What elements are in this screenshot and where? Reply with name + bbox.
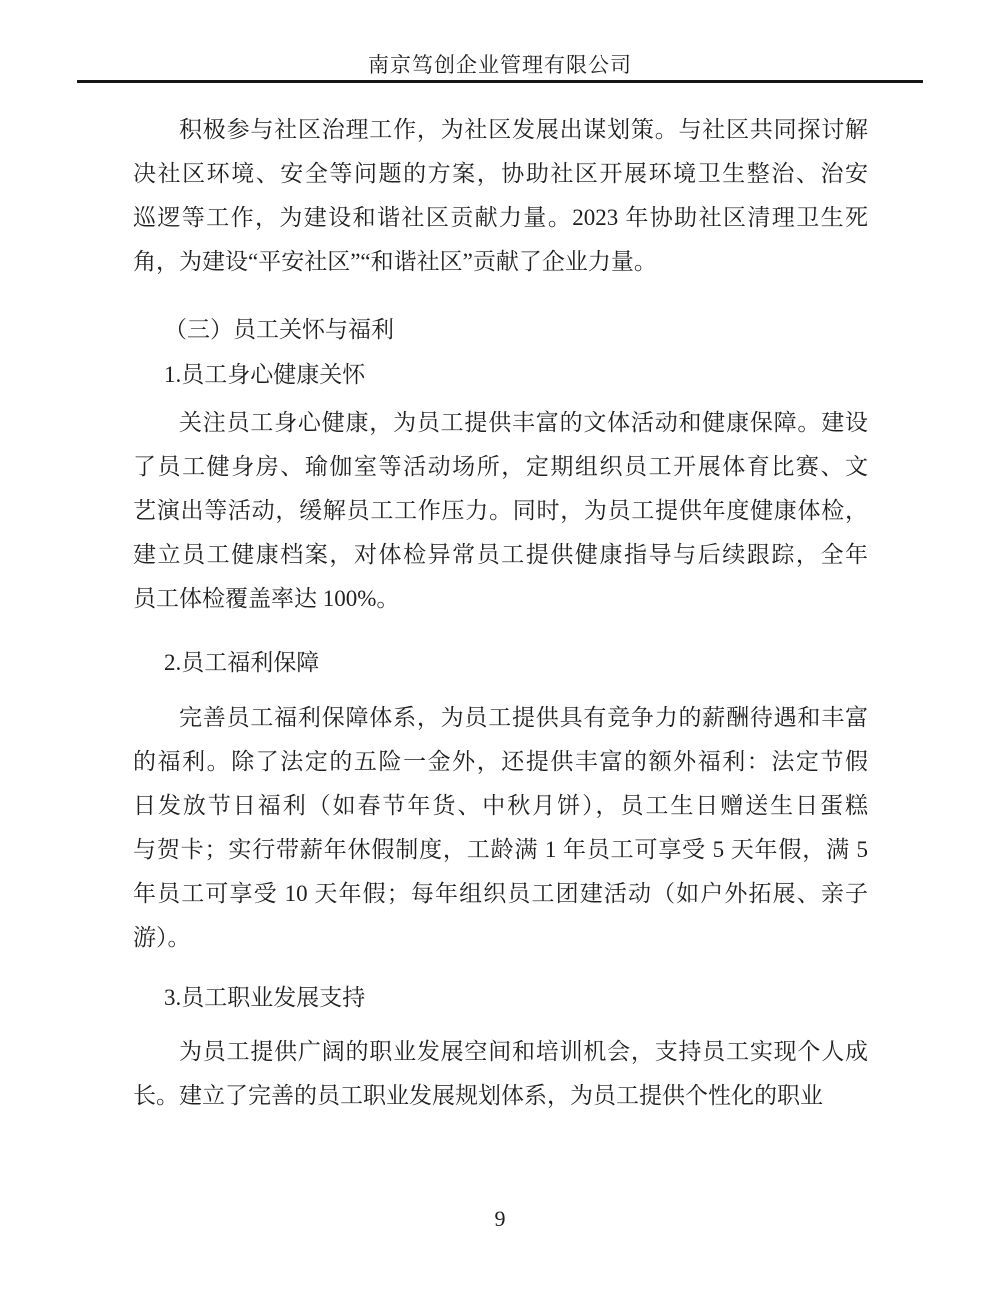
text-line: 了员工健身房、瑜伽室等活动场所，定期组织员工开展体育比赛、文 bbox=[133, 445, 868, 489]
text-line: 决社区环境、安全等问题的方案，协助社区开展环境卫生整治、治安 bbox=[133, 152, 868, 196]
text-line: 的福利。除了法定的五险一金外，还提供丰富的额外福利：法定节假 bbox=[133, 740, 868, 784]
text-line: 巡逻等工作，为建设和谐社区贡献力量。2023 年协助社区清理卫生死 bbox=[133, 196, 868, 240]
text-line: 游）。 bbox=[133, 916, 868, 960]
text-line: 完善员工福利保障体系，为员工提供具有竞争力的薪酬待遇和丰富 bbox=[133, 696, 868, 740]
paragraph-career-development: 为员工提供广阔的职业发展空间和培训机会，支持员工实现个人成 长。建立了完善的员工… bbox=[133, 1030, 868, 1118]
page-number: 9 bbox=[0, 1204, 1000, 1234]
document-page: 南京笃创企业管理有限公司 积极参与社区治理工作，为社区发展出谋划策。与社区共同探… bbox=[0, 0, 1000, 1294]
text-line: 日发放节日福利（如春节年货、中秋月饼），员工生日赠送生日蛋糕 bbox=[133, 784, 868, 828]
text-line: 长。建立了完善的员工职业发展规划体系，为员工提供个性化的职业 bbox=[133, 1074, 868, 1118]
subheading-employee-welfare: 2.员工福利保障 bbox=[133, 641, 868, 685]
text-line: 角，为建设“平安社区”“和谐社区”贡献了企业力量。 bbox=[133, 240, 868, 284]
header-divider-line bbox=[77, 80, 923, 83]
text-line: 积极参与社区治理工作，为社区发展出谋划策。与社区共同探讨解 bbox=[133, 108, 868, 152]
subheading-employee-health: 1.员工身心健康关怀 bbox=[133, 353, 868, 397]
text-line: 建立员工健康档案，对体检异常员工提供健康指导与后续跟踪，全年 bbox=[133, 533, 868, 577]
text-line: 年员工可享受 10 天年假；每年组织员工团建活动（如户外拓展、亲子 bbox=[133, 872, 868, 916]
text-line: 与贺卡；实行带薪年休假制度，工龄满 1 年员工可享受 5 天年假，满 5 bbox=[133, 828, 868, 872]
text-line: 艺演出等活动，缓解员工工作压力。同时，为员工提供年度健康体检， bbox=[133, 489, 868, 533]
text-line: 员工体检覆盖率达 100%。 bbox=[133, 577, 868, 621]
paragraph-employee-health: 关注员工身心健康，为员工提供丰富的文体活动和健康保障。建设 了员工健身房、瑜伽室… bbox=[133, 401, 868, 621]
header-company-name: 南京笃创企业管理有限公司 bbox=[0, 50, 1000, 80]
subheading-career-development: 3.员工职业发展支持 bbox=[133, 976, 868, 1020]
paragraph-community-engagement: 积极参与社区治理工作，为社区发展出谋划策。与社区共同探讨解 决社区环境、安全等问… bbox=[133, 108, 868, 284]
text-line: 为员工提供广阔的职业发展空间和培训机会，支持员工实现个人成 bbox=[133, 1030, 868, 1074]
section-heading-employee-care: （三）员工关怀与福利 bbox=[133, 308, 868, 352]
text-line: 关注员工身心健康，为员工提供丰富的文体活动和健康保障。建设 bbox=[133, 401, 868, 445]
paragraph-employee-welfare: 完善员工福利保障体系，为员工提供具有竞争力的薪酬待遇和丰富 的福利。除了法定的五… bbox=[133, 696, 868, 960]
